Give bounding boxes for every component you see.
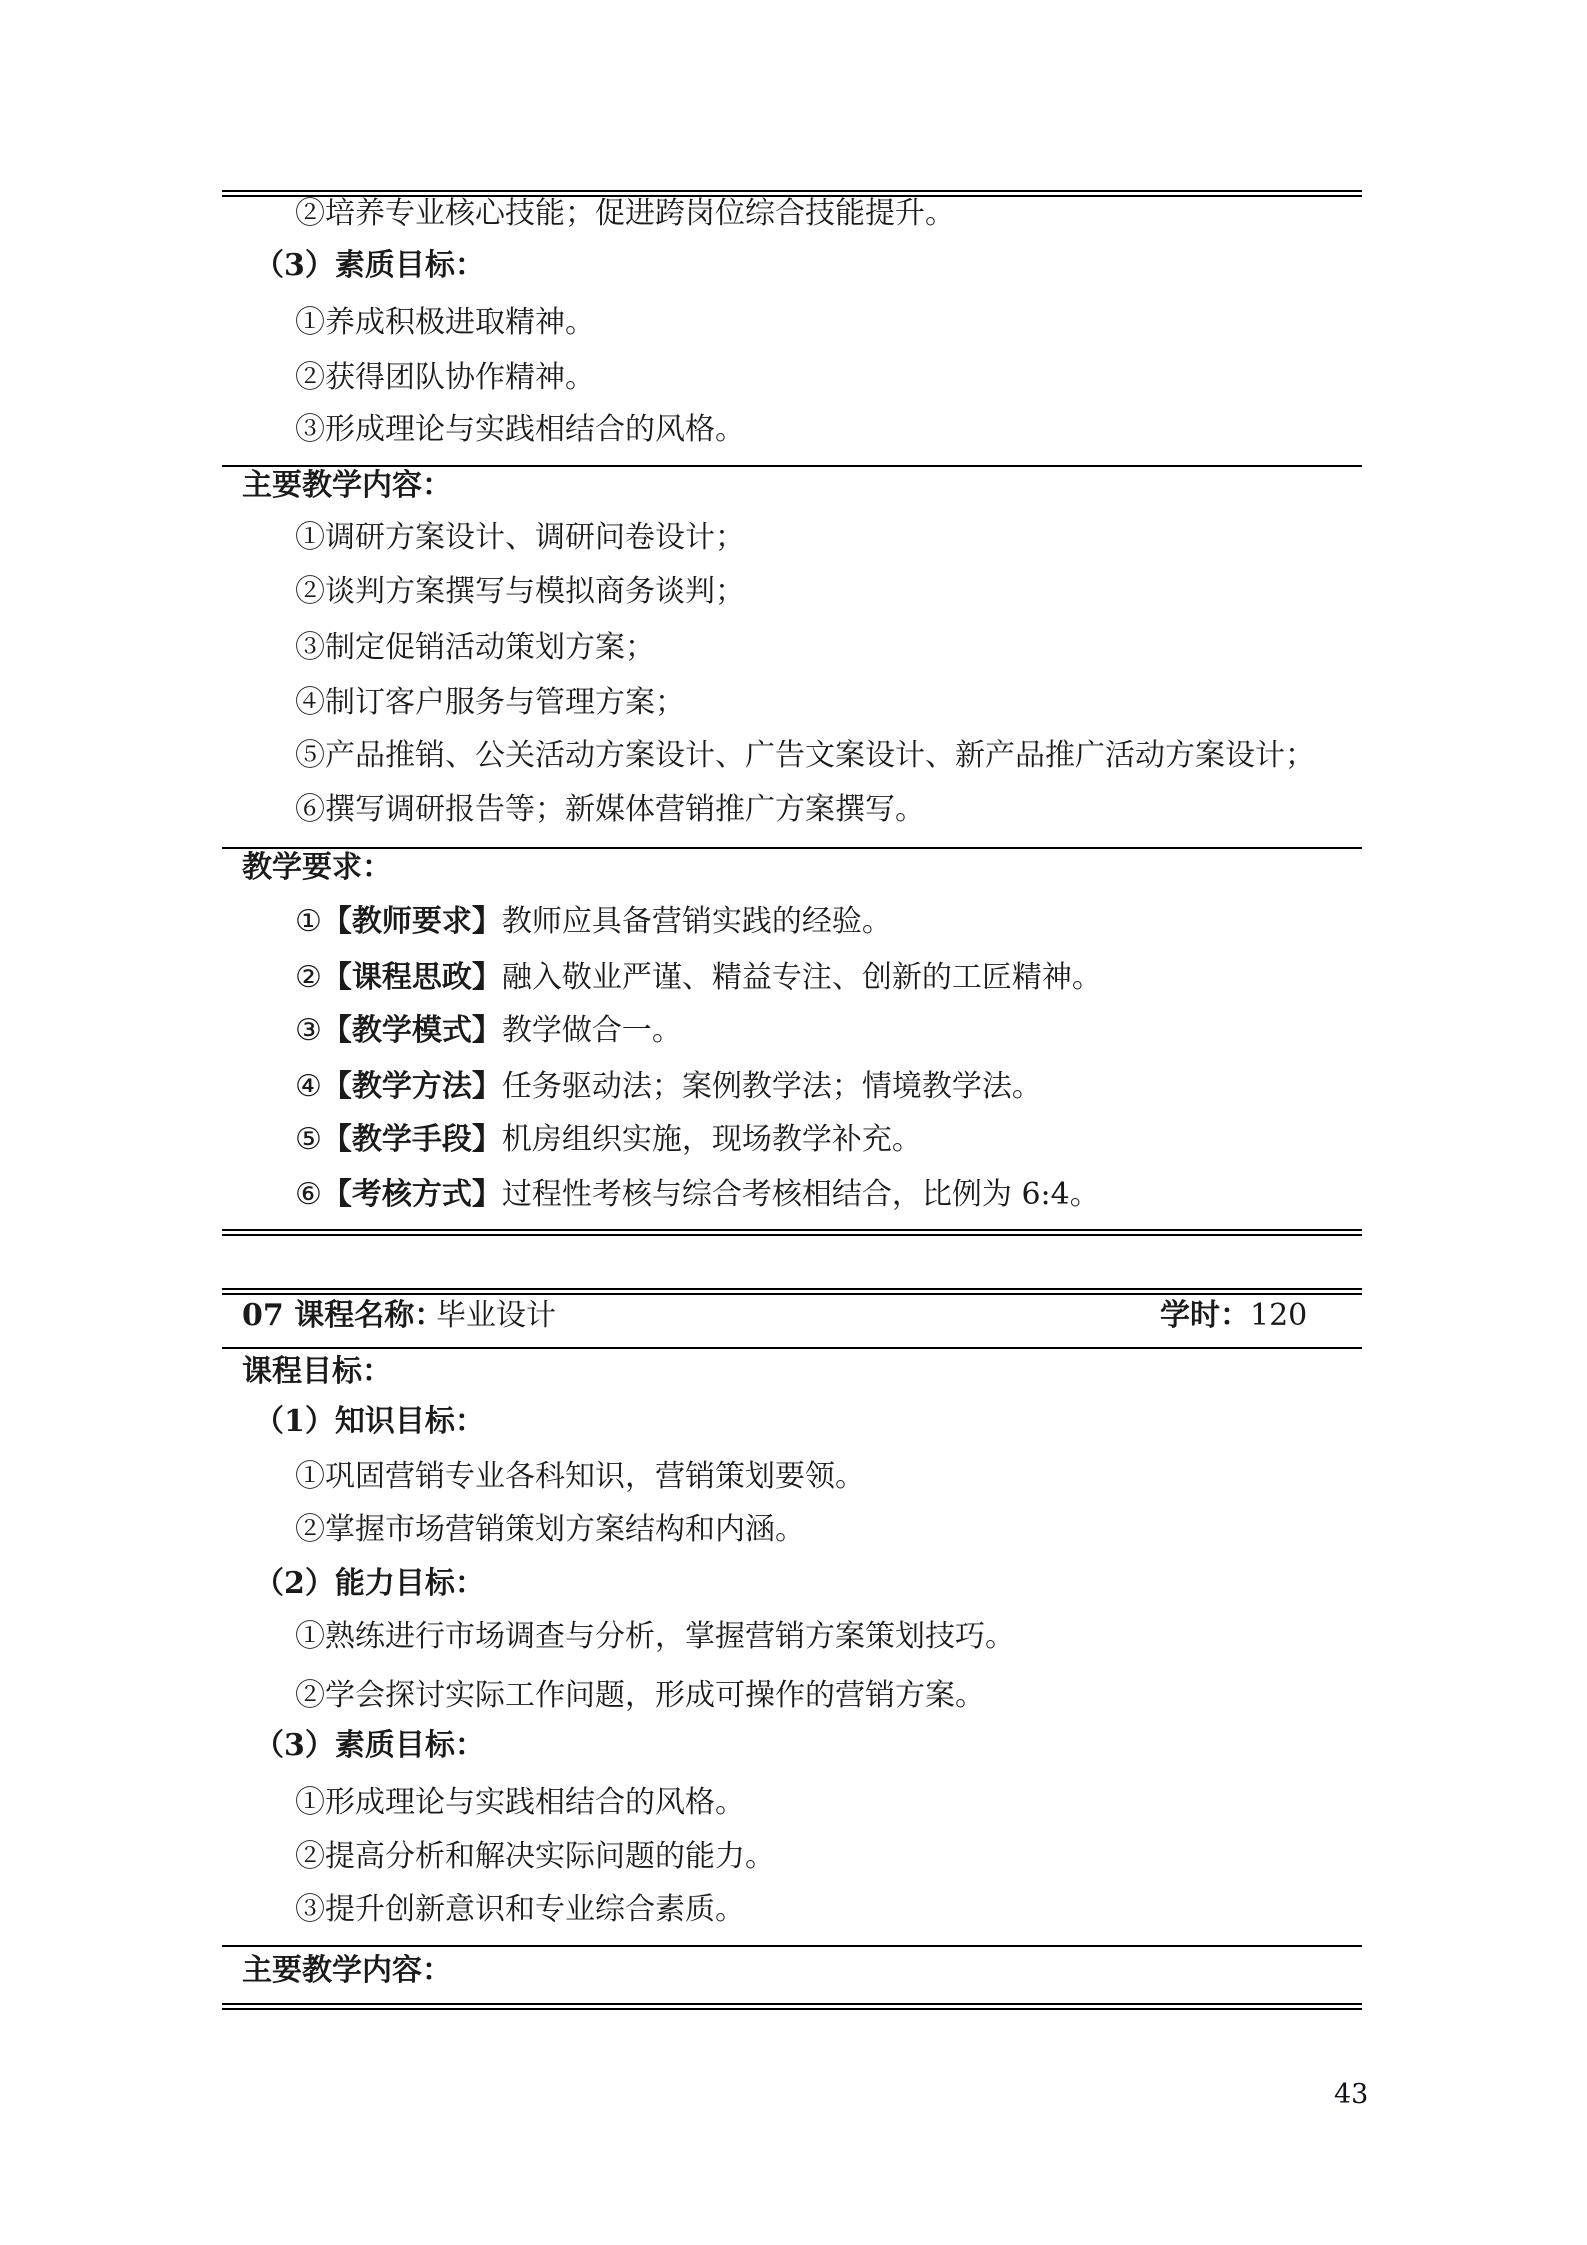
row-rule — [222, 1347, 1362, 1349]
table-bottom-double-rule — [222, 2003, 1362, 2010]
item-number: ④ — [295, 1069, 322, 1104]
row-rule — [222, 847, 1362, 849]
ability-item: ①熟练进行市场调查与分析，掌握营销方案策划技巧。 — [295, 1621, 1015, 1653]
ability-goals-header: （2）能力目标： — [254, 1568, 485, 1600]
page-number: 43 — [1334, 2080, 1368, 2110]
requirement-text: 教学做合一。 — [502, 1013, 682, 1048]
requirement-tag: 【课程思政】 — [322, 960, 502, 995]
item-number: ③ — [295, 1013, 322, 1048]
course-objectives-header: 课程目标： — [242, 1356, 392, 1388]
requirement-item: ①【教师要求】教师应具备营销实践的经验。 — [295, 906, 892, 938]
requirement-item: ⑤【教学手段】机房组织实施，现场教学补充。 — [295, 1124, 922, 1156]
hours-label: 学时： — [1160, 1298, 1250, 1333]
knowledge-goals-header: （1）知识目标： — [254, 1406, 485, 1438]
ability-item: ②培养专业核心技能；促进跨岗位综合技能提升。 — [295, 198, 955, 230]
requirement-text: 过程性考核与综合考核相结合，比例为 6:4。 — [502, 1177, 1100, 1212]
hours-value: 120 — [1250, 1298, 1307, 1333]
teaching-content-header: 主要教学内容： — [242, 1955, 452, 1987]
item-number: ② — [295, 960, 322, 995]
item-number: ⑥ — [295, 1177, 322, 1212]
item-number: ⑤ — [295, 1122, 322, 1157]
course-number-name-label: 07 课程名称： — [242, 1300, 444, 1332]
quality-item: ②获得团队协作精神。 — [295, 362, 595, 394]
requirement-tag: 【教学模式】 — [322, 1013, 502, 1048]
quality-item: ①形成理论与实践相结合的风格。 — [295, 1787, 745, 1819]
requirement-tag: 【教学方法】 — [322, 1069, 502, 1104]
quality-item: ③提升创新意识和专业综合素质。 — [295, 1894, 745, 1926]
requirement-text: 任务驱动法；案例教学法；情境教学法。 — [502, 1069, 1042, 1104]
content-item: ④制订客户服务与管理方案； — [295, 687, 685, 719]
content-item: ②谈判方案撰写与模拟商务谈判； — [295, 576, 745, 608]
requirement-tag: 【考核方式】 — [322, 1177, 502, 1212]
content-item: ⑤产品推销、公关活动方案设计、广告文案设计、新产品推广活动方案设计； — [295, 740, 1315, 772]
requirement-item: ②【课程思政】融入敬业严谨、精益专注、创新的工匠精神。 — [295, 962, 1102, 994]
knowledge-item: ②掌握市场营销策划方案结构和内涵。 — [295, 1514, 805, 1546]
quality-item: ①养成积极进取精神。 — [295, 307, 595, 339]
document-page: ②培养专业核心技能；促进跨岗位综合技能提升。 （3）素质目标： ①养成积极进取精… — [0, 0, 1587, 2245]
teaching-content-header: 主要教学内容： — [242, 470, 452, 502]
quality-item: ②提高分析和解决实际问题的能力。 — [295, 1841, 775, 1873]
content-item: ③制定促销活动策划方案； — [295, 632, 655, 664]
requirement-text: 融入敬业严谨、精益专注、创新的工匠精神。 — [502, 960, 1102, 995]
table-bottom-double-rule — [222, 1229, 1362, 1236]
quality-goals-header: （3）素质目标： — [254, 1730, 485, 1762]
requirement-text: 教师应具备营销实践的经验。 — [502, 904, 892, 939]
requirement-item: ③【教学模式】教学做合一。 — [295, 1015, 682, 1047]
requirement-item: ⑥【考核方式】过程性考核与综合考核相结合，比例为 6:4。 — [295, 1179, 1100, 1211]
quality-goals-header: （3）素质目标： — [254, 250, 485, 282]
course-name-value: 毕业设计 — [436, 1300, 556, 1332]
table-top-double-rule — [222, 1288, 1362, 1295]
teaching-requirements-header: 教学要求： — [242, 852, 392, 884]
row-rule — [222, 1945, 1362, 1947]
requirement-item: ④【教学方法】任务驱动法；案例教学法；情境教学法。 — [295, 1071, 1042, 1103]
requirement-text: 机房组织实施，现场教学补充。 — [502, 1122, 922, 1157]
item-number: ① — [295, 904, 322, 939]
requirement-tag: 【教师要求】 — [322, 904, 502, 939]
content-item: ①调研方案设计、调研问卷设计； — [295, 522, 745, 554]
row-rule — [222, 465, 1362, 467]
knowledge-item: ①巩固营销专业各科知识，营销策划要领。 — [295, 1461, 865, 1493]
quality-item: ③形成理论与实践相结合的风格。 — [295, 414, 745, 446]
content-item: ⑥撰写调研报告等；新媒体营销推广方案撰写。 — [295, 794, 925, 826]
ability-item: ②学会探讨实际工作问题，形成可操作的营销方案。 — [295, 1680, 985, 1712]
requirement-tag: 【教学手段】 — [322, 1122, 502, 1157]
course-hours: 学时：120 — [1160, 1300, 1307, 1332]
